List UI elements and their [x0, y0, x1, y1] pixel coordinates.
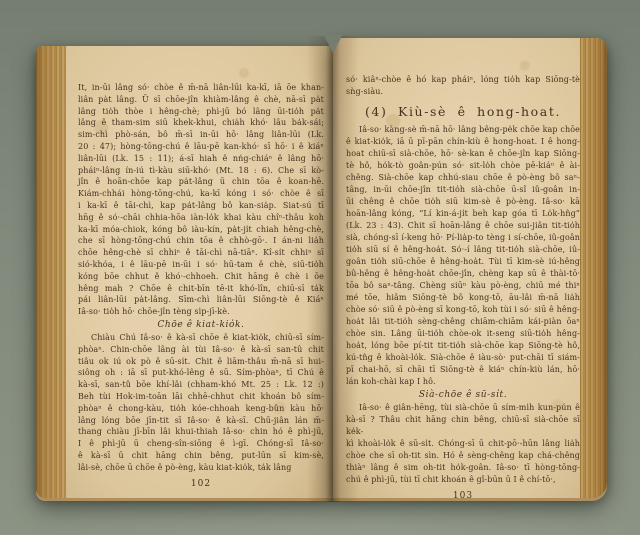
text-line: Kiám-chhái hòng-tōng-chú, ka-kī kóng i s… [78, 188, 324, 200]
text-line: pháiⁿ-lâng ín-iú tì-kàu siū-khó· (Mt. 18… [78, 165, 324, 177]
text-line: thiàⁿ lâng ê sim oh-tit ho̍k-goân. Iâ-so… [346, 462, 580, 474]
right-page-number: 103 [346, 491, 580, 501]
text-line: hêng mah ? Chōe ê chit-bīn tē-it khó-lîn… [78, 283, 324, 295]
text-line: chòe só· siū ê pò-èng sī kong-tō, koh tù… [346, 304, 580, 316]
text-line: bû-hêng ê hêng-hoa̍t chōe-jîn, chèng kap… [346, 268, 580, 280]
text-line: jîn ê hoān-chōe kap pa̍t-lâng ū chin tōa… [78, 176, 324, 188]
right-page: só· kiâⁿ-chòe ê hó kap pháiⁿ, lóng tio̍h… [333, 38, 607, 498]
right-continuation-paragraph: só· kiâⁿ-chòe ê hó kap pháiⁿ, lóng tio̍h… [346, 74, 580, 98]
text-line: lâng ê tham-sim siū khek-khui, chia̍h kh… [78, 117, 324, 129]
text-line: che sī hòng-tōng-chú chin tōa ê chhò-gō·… [78, 235, 324, 247]
text-line: i ka-kī ê tāi-chì, kap pa̍t-lâng bô kan-… [78, 200, 324, 212]
text-line: siông oh : iā sī put-khó-lêng ê sū. Sím-… [78, 367, 324, 379]
text-line: phòaⁿ ê chong-kàu, tio̍h kóe-chhoah keng… [78, 403, 324, 415]
text-line: tōa bô saⁿ-tâng. Chèng siūⁿ kàu pò-èng, … [346, 280, 580, 292]
text-line: pái liân-lūi pa̍t-lâng. Sīm-chì liân-lūi… [78, 294, 324, 306]
text-line: chòe che sī oh-tit sìn. Hó ê sèng-chêng … [346, 450, 580, 462]
text-line: chōe hêng-chè sī chhiⁿ ê tāi-chì nā-tiāⁿ… [78, 247, 324, 259]
text-line: chú ê phì-jū, tùi tī chit khoán ê gî-būn… [346, 474, 580, 486]
text-line: Iâ-so· ê giân-hēng, tùi sià-chōe ū sím-m… [346, 402, 580, 414]
text-line: ê kiat-kio̍k, iā ū pī-pān chín-kiù ê hon… [346, 136, 580, 148]
text-line: tio̍h siū sí ê hêng-hoa̍t. Só·-í lâng ti… [346, 244, 580, 256]
text-line: sǹg-siàu. [346, 86, 580, 98]
text-line: tâng, in-ūi chōe-jîn tit-tio̍h sià-chōe … [346, 184, 580, 196]
text-line: chòe sin. Lâng ūi-tio̍h chòe-ok it-seng … [346, 328, 580, 340]
text-line: 20 : 47); hòng-tōng-chú ê lāu-pē kan-khó… [78, 141, 324, 153]
text-line: lâng lóng bōe jīn-tit sī Iâ-so· ê kà-sī.… [78, 415, 324, 427]
left-page-edge-stack [36, 46, 66, 498]
right-paragraph-2: Iâ-so· ê giân-hēng, tùi sià-chōe ū sím-m… [346, 402, 580, 486]
left-paragraph-2: Chiàu Chú Iâ-so· ê kà-sī chōe ê kiat-kio… [78, 332, 324, 474]
photo-background: It, in-ūi lâng só· chòe ê m̄-nā liân-lūi… [0, 0, 640, 535]
text-line: hoān-lâng kóng, “Lí kin-á-ji̍t beh kap g… [346, 208, 580, 220]
text-line: lán koh-chài kap I hô. [346, 376, 580, 388]
right-section-heading: (4) Kiù-sè ê hong-hoat. [346, 104, 580, 119]
text-line: hn̄g ê só·-chāi chhia-hōa iàn-lo̍k khai … [78, 212, 324, 224]
text-line: sim-chì phò-sán, bô m̄-sī in-ūi hō· lâng… [78, 129, 324, 141]
text-line: pī chai-hō, sī chāi tī Siōng-tè ê kiáⁿ c… [346, 364, 580, 376]
text-line: lâng tio̍h thòe i hêng-chè; phì-jū bó lâ… [78, 106, 324, 118]
text-line: lâi-sè, chōe ū chōe ê pò-èng, kàu kiat-k… [78, 462, 324, 474]
text-line: ūi chêng ê chōe tio̍h siū kim-sè ê pò-èn… [346, 196, 580, 208]
open-book: It, in-ūi lâng só· chòe ê m̄-nā liân-lūi… [36, 36, 607, 502]
right-paragraph-1: Iâ-so· kàng-sè m̄-nā hō· lâng bêng-pe̍k … [346, 124, 580, 388]
right-page-text: só· kiâⁿ-chòe ê hó kap pháiⁿ, lóng tio̍h… [346, 74, 580, 501]
left-continuation-paragraph: It, in-ūi lâng só· chòe ê m̄-nā liân-lūi… [78, 82, 324, 318]
text-line: hoa̍t, lóng bōe pí-tit tit-tio̍h sià-chō… [346, 340, 580, 352]
right-page-edge-stack [580, 38, 607, 498]
text-line: ê kà-sī ū chit hāng chin bêng, put-lūn s… [78, 450, 324, 462]
left-page-number: 102 [78, 479, 324, 489]
text-line: chêng. Sià-chōe kap chhú-siau chōe ê pò-… [346, 172, 580, 184]
right-subsection-heading: Sià-chōe ê sū-si̍t. [346, 390, 580, 400]
text-line: tè hô, ho̍k-tò goân-pún só· sit-lo̍h chò… [346, 160, 580, 172]
text-line: It, in-ūi lâng só· chòe ê m̄-nā liân-lūi… [78, 82, 324, 94]
left-subsection-heading: Chōe ê kiat-kio̍k. [78, 320, 324, 330]
text-line: I ê phì-jū ū cheng-sîn-siōng ê ì-gī. Chó… [78, 438, 324, 450]
text-line: kóng bōe chhut ê khó·-chhoeh. Chit hāng … [78, 271, 324, 283]
text-line: sià, chóng-sī í-keng hō· Pí-lia̍p-to tèn… [346, 232, 580, 244]
text-line: liân-lūi (Lk. 15 : 11); á-sī hiah ê nńg-… [78, 153, 324, 165]
text-line: Beh tùi Hok-im-toān lāi chhē-chhut chit … [78, 391, 324, 403]
text-line: hoat chiū-sī sià-chōe, hō· sè-kan ê chōe… [346, 148, 580, 160]
left-page: It, in-ūi lâng só· chòe ê m̄-nā liân-lūi… [36, 46, 333, 498]
text-line: kì khoài-lo̍k ê sū-si̍t. Chóng-sī ū chit… [346, 438, 580, 450]
text-line: (Lk. 23 : 43). Chit sī hoān-lâng ê chōe … [346, 220, 580, 232]
text-line: goân tio̍h siū-chōe ê hêng-hoa̍t. Tùi tī… [346, 256, 580, 268]
text-line: Iâ-so· tio̍h hō· chōe-jîn tèng si̍p-jī-k… [78, 306, 324, 318]
text-line: tiâu ok iú ok pò ê sū-si̍t. Chit ê liām-… [78, 356, 324, 368]
text-line: kà-sī ? Thâu chit hāng chin bêng, chiū-s… [346, 414, 580, 438]
text-line: Iâ-so· kàng-sè m̄-nā hō· lâng bêng-pe̍k … [346, 124, 580, 136]
text-line: kà-sī, san-tû bōe khí-lâi (chham-khó Mt.… [78, 379, 324, 391]
text-line: só· kiâⁿ-chòe ê hó kap pháiⁿ, lóng tio̍h… [346, 74, 580, 86]
text-line: thang chiàu jī-bīn lâi khui-thiah Iâ-so·… [78, 426, 324, 438]
text-line: phòaⁿ. Chin-chōe lâng ài tùi Iâ-so· ê kà… [78, 344, 324, 356]
text-line: sió-khóa, i ê lāu-pē in-ūi i só· hū-tam … [78, 259, 324, 271]
text-line: hoa̍t lâi tit-tio̍h sèng-chêng chiām-chi… [346, 316, 580, 328]
left-page-text: It, in-ūi lâng só· chòe ê m̄-nā liân-lūi… [78, 82, 324, 489]
text-line: kú-tn̂g ê khoài-lo̍k. Sià-chōe ê iàu-sò·… [346, 352, 580, 364]
text-line: mé tōe, hiâm Siōng-tè bô kong-tō, āu-lâi… [346, 292, 580, 304]
text-line: liân pa̍t lâng. Ū sī chōe-jîn khiàm-lâng… [78, 94, 324, 106]
text-line: ka-kī móa-chiok, kóng bô iàu-kín, pa̍t-j… [78, 224, 324, 236]
text-line: Chiàu Chú Iâ-so· ê kà-sī chōe ê kiat-kio… [78, 332, 324, 344]
